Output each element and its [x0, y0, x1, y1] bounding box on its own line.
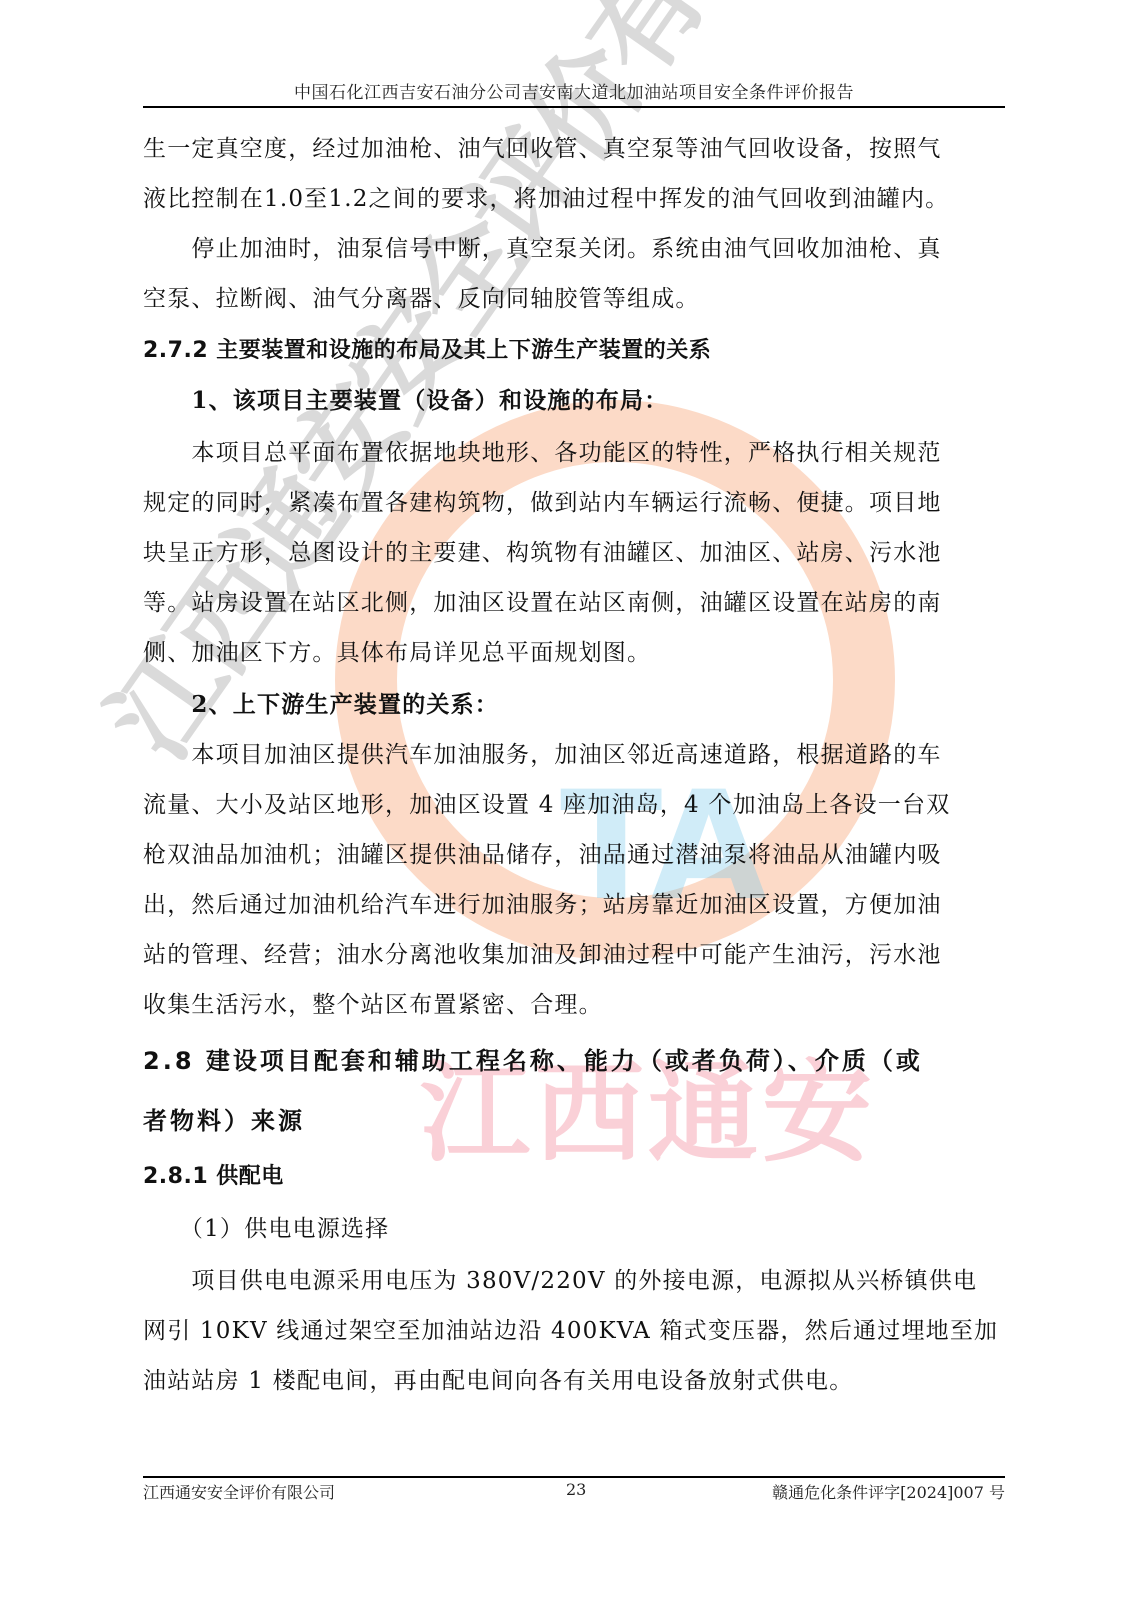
- paragraph-line: 停止加油时，油泵信号中断，真空泵关闭。系统由油气回收加油枪、真: [143, 234, 942, 264]
- paragraph-line: 侧、加油区下方。具体布局详见总平面规划图。: [143, 638, 651, 668]
- footer-divider: [143, 1476, 1005, 1478]
- page-header-title: 中国石化江西吉安石油分公司吉安南大道北加油站项目安全条件评价报告: [143, 78, 1005, 103]
- paragraph-line: 生一定真空度，经过加油枪、油气回收管、真空泵等油气回收设备，按照气: [143, 134, 942, 164]
- section-heading-2-7-2: 2.7.2 主要装置和设施的布局及其上下游生产装置的关系: [143, 336, 711, 366]
- paragraph-line: 收集生活污水，整个站区布置紧密、合理。: [143, 990, 603, 1020]
- section-heading-2-8-cont: 者物料）来源: [143, 1106, 305, 1136]
- header-divider: [143, 106, 1005, 108]
- paragraph-line: 枪双油品加油机；油罐区提供油品储存，油品通过潜油泵将油品从油罐内吸: [143, 840, 942, 870]
- footer-doc-number: 赣通危化条件评字[2024]007 号: [772, 1480, 1005, 1503]
- subheading-layout: 1、该项目主要装置（设备）和设施的布局：: [143, 386, 668, 416]
- section-heading-2-8-1: 2.8.1 供配电: [143, 1162, 284, 1192]
- section-heading-2-8: 2.8 建设项目配套和辅助工程名称、能力（或者负荷）、介质（或: [143, 1046, 923, 1076]
- subheading-power-source: （1）供电电源选择: [143, 1214, 389, 1244]
- paragraph-line: 空泵、拉断阀、油气分离器、反向同轴胶管等组成。: [143, 284, 700, 314]
- paragraph-line: 出，然后通过加油机给汽车进行加油服务；站房靠近加油区设置，方便加油: [143, 890, 942, 920]
- watermark-logo-circle: [335, 400, 895, 960]
- paragraph-line: 本项目总平面布置依据地块地形、各功能区的特性，严格执行相关规范: [143, 438, 942, 468]
- paragraph-line: 项目供电电源采用电压为 380V/220V 的外接电源，电源拟从兴桥镇供电: [143, 1266, 977, 1296]
- paragraph-line: 本项目加油区提供汽车加油服务，加油区邻近高速道路，根据道路的车: [143, 740, 942, 770]
- paragraph-line: 规定的同时，紧凑布置各建构筑物，做到站内车辆运行流畅、便捷。项目地: [143, 488, 942, 518]
- paragraph-line: 油站站房 1 楼配电间，再由配电间向各有关用电设备放射式供电。: [143, 1366, 853, 1396]
- page-number: 23: [566, 1480, 586, 1499]
- paragraph-line: 液比控制在1.0至1.2之间的要求，将加油过程中挥发的油气回收到油罐内。: [143, 184, 949, 214]
- paragraph-line: 网引 10KV 线通过架空至加油站边沿 400KVA 箱式变压器，然后通过埋地至…: [143, 1316, 998, 1346]
- footer-company: 江西通安安全评价有限公司: [143, 1480, 335, 1503]
- paragraph-line: 等。站房设置在站区北侧，加油区设置在站区南侧，油罐区设置在站房的南: [143, 588, 942, 618]
- paragraph-line: 流量、大小及站区地形，加油区设置 4 座加油岛，4 个加油岛上各设一台双: [143, 790, 950, 820]
- paragraph-line: 块呈正方形，总图设计的主要建、构筑物有油罐区、加油区、站房、污水池: [143, 538, 942, 568]
- subheading-upstream-downstream: 2、上下游生产装置的关系：: [143, 690, 499, 720]
- paragraph-line: 站的管理、经营；油水分离池收集加油及卸油过程中可能产生油污，污水池: [143, 940, 942, 970]
